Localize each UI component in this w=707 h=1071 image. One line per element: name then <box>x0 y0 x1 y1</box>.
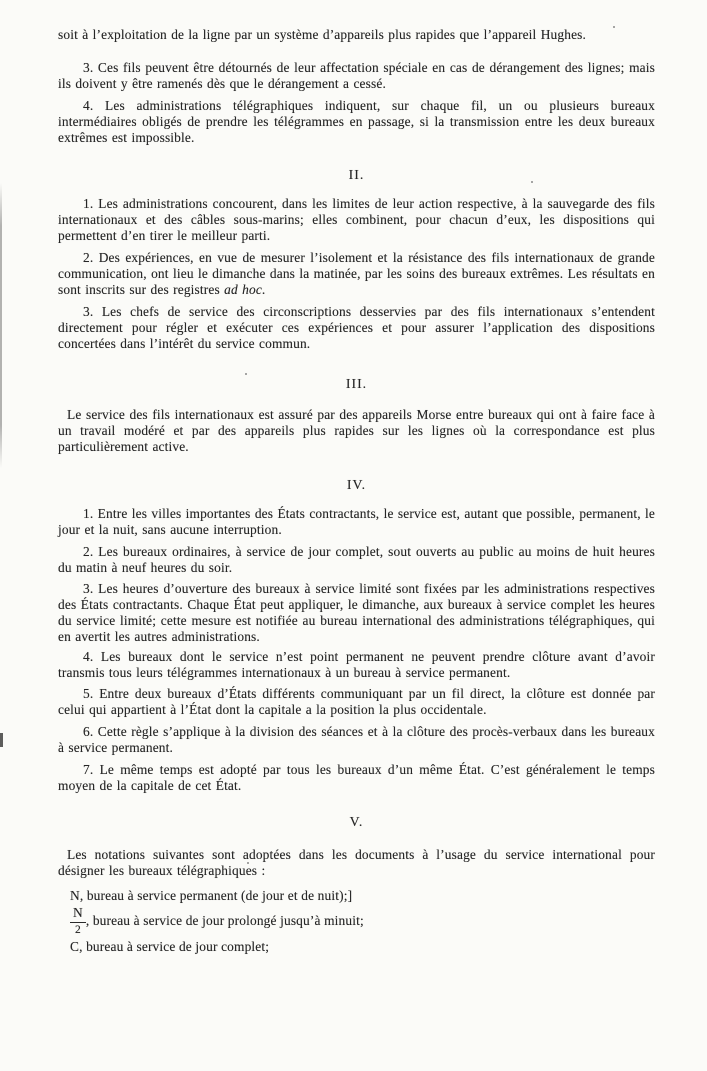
paragraph-iv-6: 6. Cette règle s’applique à la division … <box>58 724 655 756</box>
section-heading-iv: IV. <box>58 477 655 493</box>
paragraph-3: 3. Ces fils peuvent être détournés de le… <box>58 60 655 92</box>
notation-n-line: N, bureau à service permanent (de jour e… <box>58 888 655 904</box>
fraction-numerator: N <box>70 906 86 922</box>
section-heading-ii: II. <box>58 167 655 183</box>
notation-c-line: C, bureau à service de jour complet; <box>58 939 655 955</box>
paragraph-ii-2-end: . <box>262 282 266 297</box>
section-heading-v: V. <box>58 814 655 830</box>
paragraph-v-intro: Les notations suivantes sont adoptées da… <box>58 847 655 879</box>
paragraph-ii-1: 1. Les administrations concourent, dans … <box>58 196 655 244</box>
paragraph-ii-3: 3. Les chefs de service des circonscript… <box>58 304 655 352</box>
fraction-denominator: 2 <box>70 923 86 936</box>
section-heading-iii: III. <box>58 376 655 392</box>
paragraph-continuation: soit à l’exploitation de la ligne par un… <box>58 27 655 43</box>
scan-edge-shadow <box>0 183 2 468</box>
paragraph-iv-4: 4. Les bureaux dont le service n’est poi… <box>58 649 655 681</box>
scan-edge-mark <box>0 733 3 747</box>
paragraph-ii-2: 2. Des expériences, en vue de mesurer l’… <box>58 250 655 298</box>
paragraph-iii-1: Le service des fils internationaux est a… <box>58 407 655 455</box>
scanned-document-page: soit à l’exploitation de la ligne par un… <box>0 0 707 1071</box>
paragraph-iv-2: 2. Les bureaux ordinaires, à service de … <box>58 544 655 576</box>
paragraph-ii-2-text: 2. Des expériences, en vue de mesurer l’… <box>58 250 655 297</box>
italic-phrase-ad-hoc: ad hoc <box>224 282 262 297</box>
fraction-n-over-2: N2 <box>70 906 86 935</box>
text-column: soit à l’exploitation de la ligne par un… <box>58 27 655 955</box>
notation-n2-text: , bureau à service de jour prolongé jusq… <box>86 913 364 929</box>
paragraph-4: 4. Les administrations télégraphiques in… <box>58 98 655 146</box>
paragraph-iv-5: 5. Entre deux bureaux d’États différents… <box>58 686 655 718</box>
notation-n2-line: N2, bureau à service de jour prolongé ju… <box>58 904 655 938</box>
paragraph-iv-3: 3. Les heures d’ouverture des bureaux à … <box>58 581 655 645</box>
paragraph-iv-7: 7. Le même temps est adopté par tous les… <box>58 762 655 794</box>
paragraph-iv-1: 1. Entre les villes importantes des État… <box>58 506 655 538</box>
